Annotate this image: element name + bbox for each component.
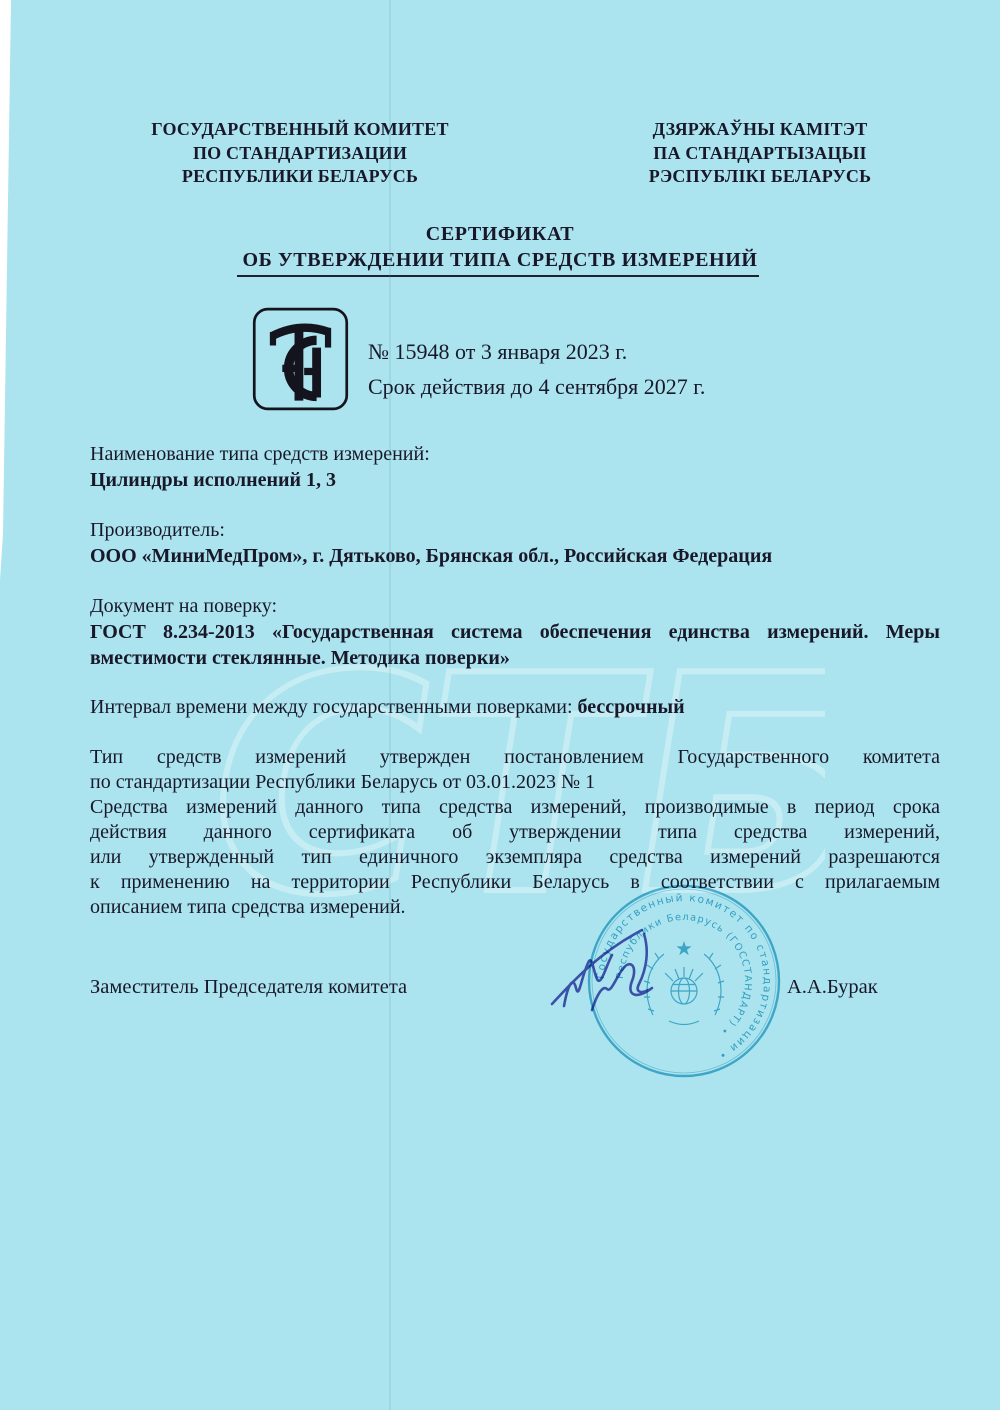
approval-paragraph-line: по стандартизации Республики Беларусь от… bbox=[90, 770, 940, 795]
committee-name-belarusian: ДЗЯРЖАЎНЫ КАМІТЭТ ПА СТАНДАРТЫЗАЦЫІ РЭСП… bbox=[590, 118, 930, 189]
certificate-number: № 15948 от 3 января 2023 г. bbox=[368, 334, 705, 369]
header-line: ПА СТАНДАРТЫЗАЦЫІ bbox=[590, 142, 930, 166]
permission-paragraph-line: описанием типа средства измерений. bbox=[90, 895, 940, 920]
type-name-value: Цилиндры исполнений 1, 3 bbox=[90, 467, 940, 493]
manufacturer-value: ООО «МиниМедПром», г. Дятьково, Брянская… bbox=[90, 543, 940, 569]
header-line: РЭСПУБЛІКІ БЕЛАРУСЬ bbox=[590, 165, 930, 189]
certificate-title: СЕРТИФИКАТ ОБ УТВЕРЖДЕНИИ ТИПА СРЕДСТВ И… bbox=[0, 221, 1000, 273]
title-line-1: СЕРТИФИКАТ bbox=[0, 221, 1000, 247]
permission-paragraph-line: или утвержденный тип единичного экземпля… bbox=[90, 845, 940, 870]
verification-doc-line: ГОСТ 8.234-2013 «Государственная система… bbox=[90, 619, 940, 645]
committee-name-russian: ГОСУДАРСТВЕННЫЙ КОМИТЕТ ПО СТАНДАРТИЗАЦИ… bbox=[100, 118, 500, 189]
interval-value: бессрочный bbox=[578, 696, 685, 718]
permission-paragraph-line: Средства измерений данного типа средства… bbox=[90, 795, 940, 820]
committee-header: ГОСУДАРСТВЕННЫЙ КОМИТЕТ ПО СТАНДАРТИЗАЦИ… bbox=[100, 118, 930, 189]
type-name-label: Наименование типа средств измерений: bbox=[90, 441, 940, 467]
certificate-content: ГОСУДАРСТВЕННЫЙ КОМИТЕТ ПО СТАНДАРТИЗАЦИ… bbox=[0, 0, 1000, 1415]
certificate-validity: Срок действия до 4 сентября 2027 г. bbox=[368, 369, 705, 404]
signer-position-title: Заместитель Председателя комитета bbox=[90, 976, 407, 999]
header-line: ДЗЯРЖАЎНЫ КАМІТЭТ bbox=[590, 118, 930, 142]
handwritten-signature-icon bbox=[540, 918, 715, 1023]
interval-line: Интервал времени между государственными … bbox=[90, 694, 940, 720]
permission-paragraph-line: действия данного сертификата об утвержде… bbox=[90, 820, 940, 845]
header-line: ГОСУДАРСТВЕННЫЙ КОМИТЕТ bbox=[100, 118, 500, 142]
permission-paragraph-line: к применению на территории Республики Бе… bbox=[90, 870, 940, 895]
manufacturer-label: Производитель: bbox=[90, 517, 940, 543]
interval-label: Интервал времени между государственными … bbox=[90, 696, 578, 718]
certificate-numbers: № 15948 от 3 января 2023 г. Срок действи… bbox=[368, 334, 705, 404]
title-underline bbox=[237, 275, 759, 277]
verification-doc-line: вместимости стеклянные. Методика поверки… bbox=[90, 645, 940, 671]
paper-crease-line bbox=[389, 0, 391, 1415]
header-line: РЕСПУБЛИКИ БЕЛАРУСЬ bbox=[100, 165, 500, 189]
stb-gosstandart-monogram-icon bbox=[251, 306, 350, 412]
verification-doc-label: Документ на поверку: bbox=[90, 593, 940, 619]
title-line-2: ОБ УТВЕРЖДЕНИИ ТИПА СРЕДСТВ ИЗМЕРЕНИЙ bbox=[0, 247, 1000, 273]
approval-paragraph-line: Тип средств измерений утвержден постанов… bbox=[90, 745, 940, 770]
scan-edge-bottom bbox=[0, 1410, 1000, 1415]
header-line: ПО СТАНДАРТИЗАЦИИ bbox=[100, 142, 500, 166]
signer-name: А.А.Бурак bbox=[787, 976, 878, 999]
certificate-page: СТБ ГОСУДАРСТВЕННЫЙ КОМИТЕТ ПО СТАНДАРТИ… bbox=[0, 0, 1000, 1415]
